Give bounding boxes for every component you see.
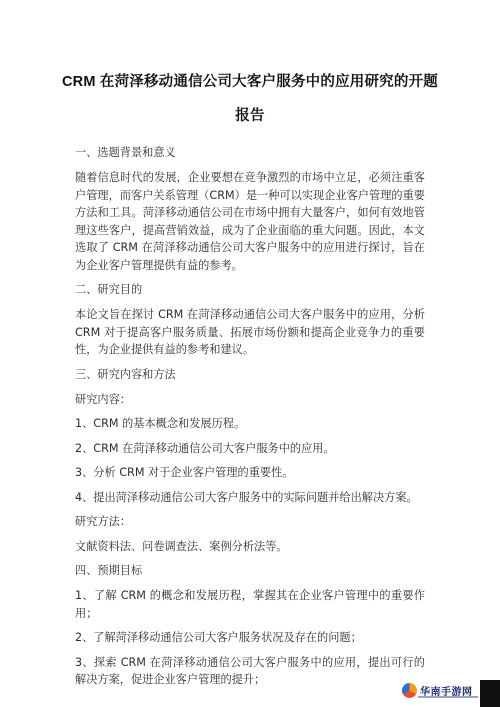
- paragraph-purpose: 本论文旨在探讨 CRM 在菏泽移动通信公司大客户服务中的应用，分析 CRM 对于…: [75, 306, 425, 359]
- list-item: 3、探索 CRM 在菏泽移动通信公司大客户服务中的应用，提出可行的解决方案，促进…: [75, 654, 425, 689]
- watermark-subtext-line: [418, 696, 478, 698]
- site-logo-icon: [402, 683, 417, 698]
- document-title-line1: CRM 在菏泽移动通信公司大客户服务中的应用研究的开题: [60, 70, 440, 91]
- paragraph-methods: 文献资料法、问卷调查法、案例分析法等。: [75, 538, 425, 556]
- watermark-dark-edge: [480, 680, 500, 707]
- list-item: 4、提出菏泽移动通信公司大客户服务中的实际问题并给出解决方案。: [75, 489, 425, 507]
- label-research-content: 研究内容：: [75, 391, 425, 409]
- document-body: 一、选题背景和意义 随着信息时代的发展，企业要想在竞争激烈的市场中立足，必须注重…: [75, 144, 425, 696]
- document-page: CRM 在菏泽移动通信公司大客户服务中的应用研究的开题 报告 一、选题背景和意义…: [0, 0, 500, 707]
- section-heading-purpose: 二、研究目的: [75, 281, 425, 299]
- list-item: 2、了解菏泽移动通信公司大客户服务状况及存在的问题；: [75, 629, 425, 647]
- section-heading-content-methods: 三、研究内容和方法: [75, 366, 425, 384]
- list-item: 1、CRM 的基本概念和发展历程。: [75, 415, 425, 433]
- list-item: 2、CRM 在菏泽移动通信公司大客户服务中的应用。: [75, 440, 425, 458]
- list-item: 3、分析 CRM 对于企业客户管理的重要性。: [75, 464, 425, 482]
- paragraph-background: 随着信息时代的发展，企业要想在竞争激烈的市场中立足，必须注重客户管理，而客户关系…: [75, 169, 425, 274]
- list-item: 1、了解 CRM 的概念和发展历程，掌握其在企业客户管理中的重要作用；: [75, 587, 425, 622]
- section-heading-goals: 四、预期目标: [75, 562, 425, 580]
- label-research-methods: 研究方法：: [75, 513, 425, 531]
- section-heading-background: 一、选题背景和意义: [75, 144, 425, 162]
- document-title-line2: 报告: [60, 104, 440, 125]
